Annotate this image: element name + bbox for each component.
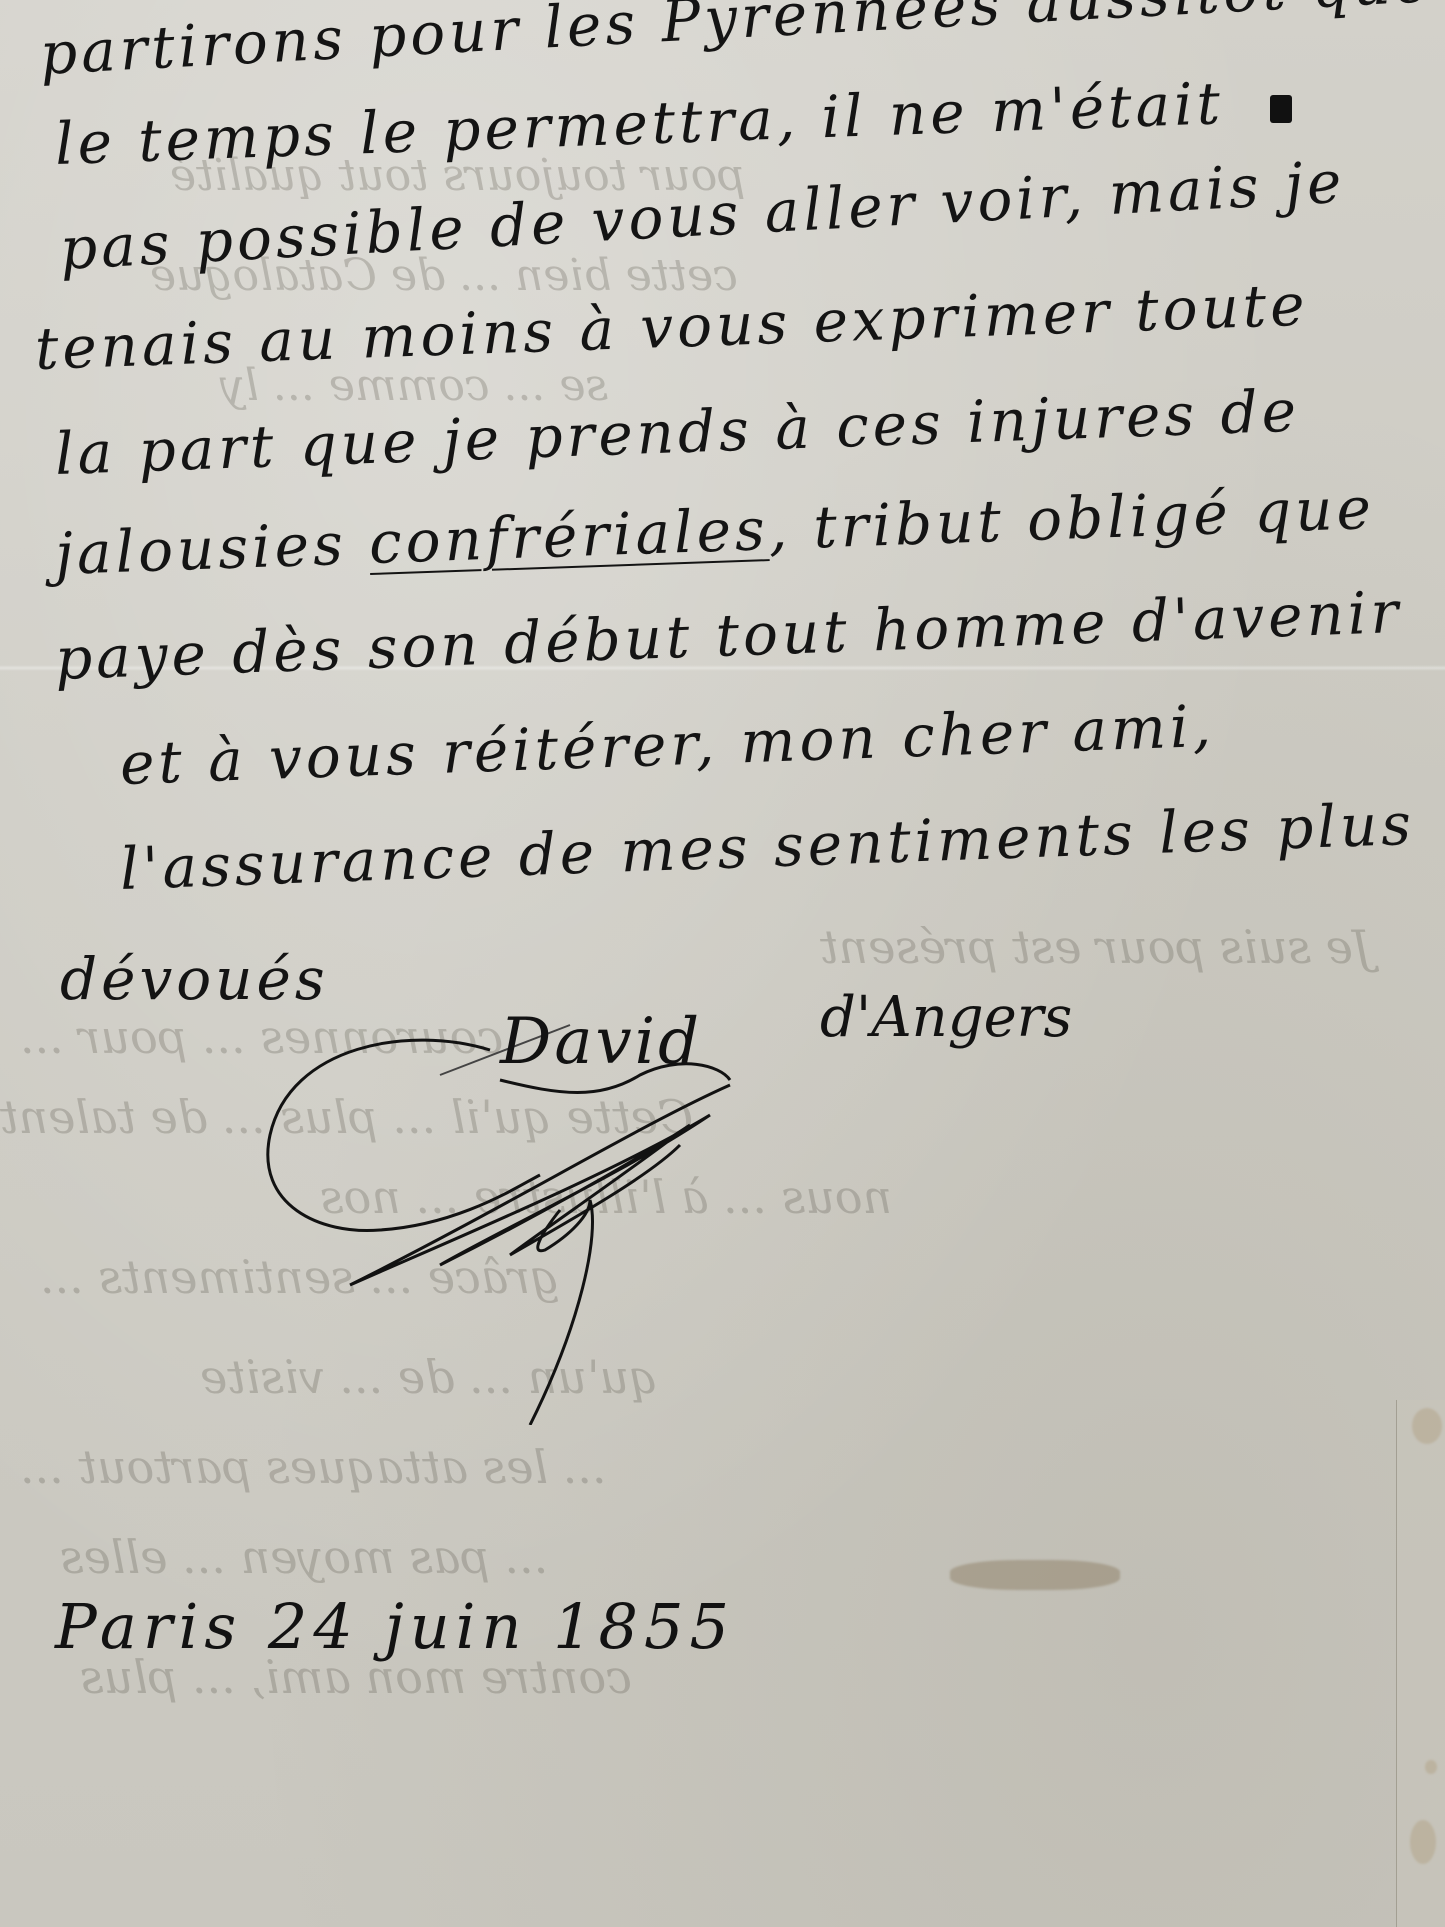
line-6-post: , tribut obligé que [767, 474, 1376, 563]
signature-suffix: d'Angers [820, 985, 1072, 1050]
signature-flourish-icon [260, 985, 1160, 1425]
letter-line-1: partirons pour les Pyrennées aussitôt qu… [38, 0, 1434, 88]
paper-edge [1396, 1400, 1445, 1927]
bleed-through-text: ... les attaques partout ... [20, 1440, 607, 1494]
letter-line-7: paye dès son début tout homme d'avenir [54, 578, 1403, 693]
letter-line-6: jalousies confrériales, tribut obligé qu… [54, 474, 1376, 588]
signature-name: David [500, 1005, 702, 1079]
underlined-word: confrériales [368, 495, 770, 577]
letter-line-8: et à vous réitérer, mon cher ami, [119, 692, 1216, 798]
date-place: Paris 24 juin 1855 [55, 1590, 735, 1663]
signature: David d'Angers [260, 985, 1160, 1425]
ink-blot [1270, 95, 1292, 123]
paper-stain [950, 1560, 1120, 1590]
letter-line-9: l'assurance de mes sentiments les plus [119, 790, 1416, 903]
letter-page: pour toujours tout qualité cette bien ..… [0, 0, 1445, 1927]
line-6-pre: jalousies [54, 509, 370, 588]
bleed-through-text: ... pas moyen ... elles [60, 1530, 548, 1584]
bleed-through-text: Je suis pour est présent [820, 920, 1371, 974]
